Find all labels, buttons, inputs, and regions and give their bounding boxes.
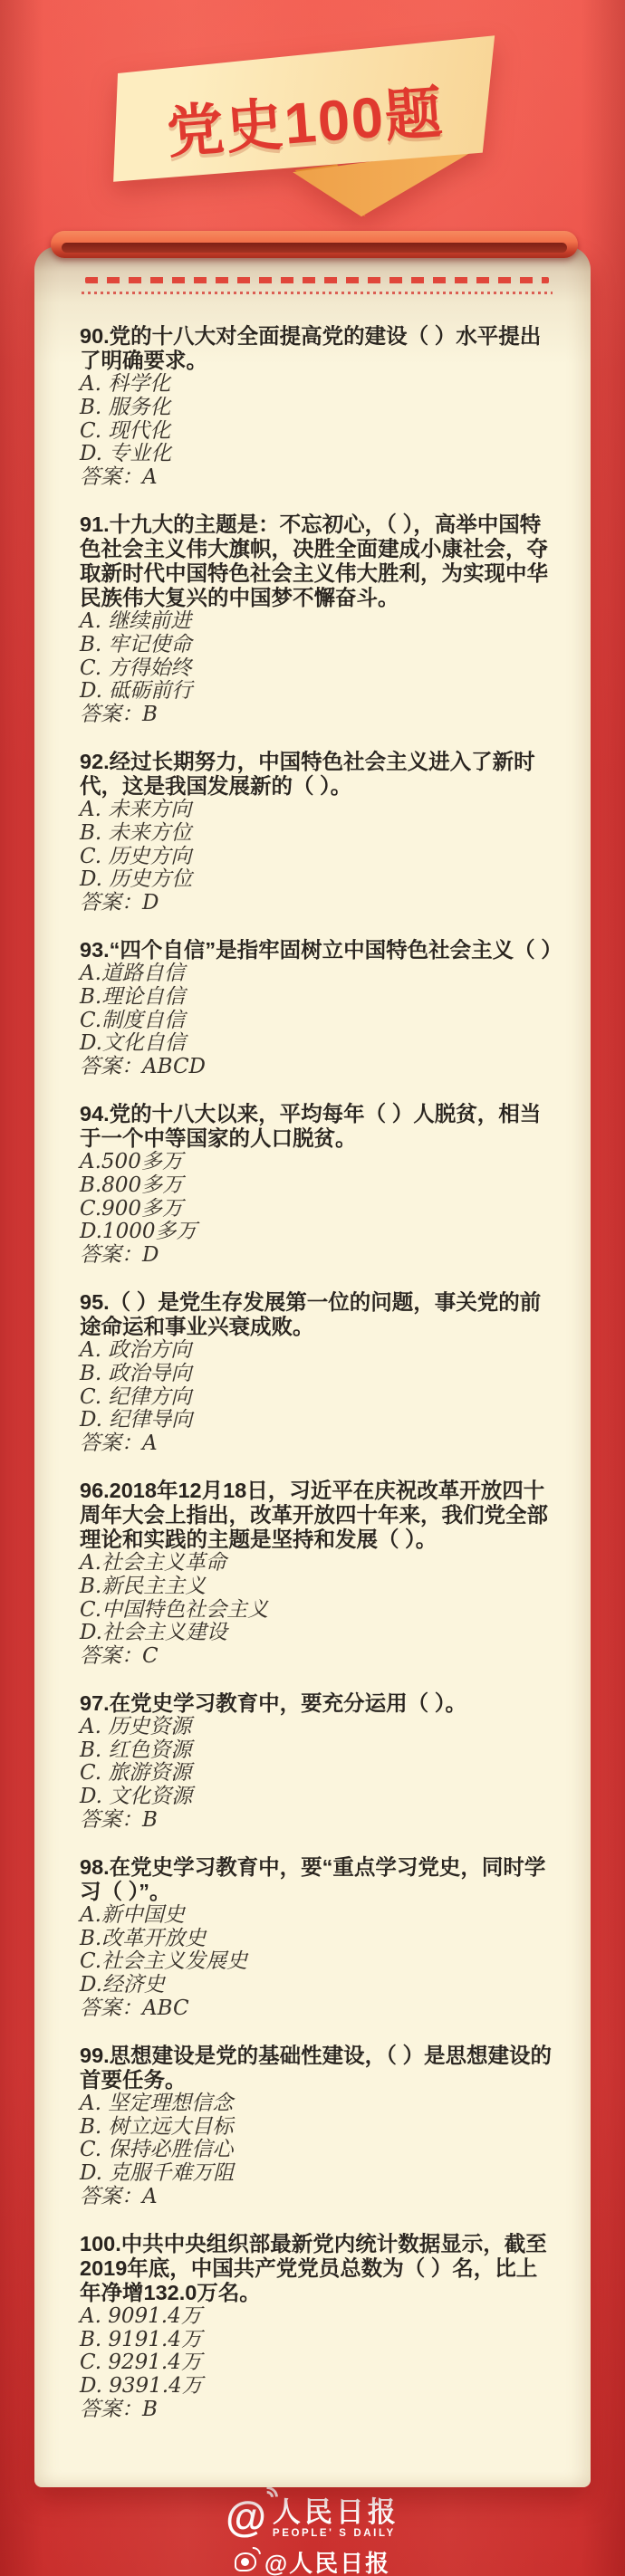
question-text: 96.2018年12月18日，习近平在庆祝改革开放四十周年大会上指出，改革开放四…: [80, 1479, 554, 1552]
option-line: D.文化自信: [80, 1032, 554, 1056]
dotted-separator: [82, 292, 553, 294]
option-group: A. 继续前进B. 牢记使命C. 方得始终D. 砥砺前行: [80, 610, 554, 704]
option-line: C. 9291.4万: [80, 2351, 554, 2375]
peoples-daily-logo: @ 人民日报 PEOPLE' S DAILY: [226, 2497, 399, 2539]
option-group: A.社会主义革命B.新民主主义C.中国特色社会主义D.社会主义建设: [80, 1552, 554, 1645]
answer-label: 答案：: [80, 1432, 142, 1455]
question-text: 91.十九大的主题是：不忘初心，（ ），高举中国特色社会主义伟大旗帜，决胜全面建…: [80, 512, 554, 610]
option-line: D. 纪律导向: [80, 1409, 554, 1432]
option-line: C. 纪律方向: [80, 1386, 554, 1410]
option-group: A. 9091.4万B. 9191.4万C. 9291.4万D. 9391.4万: [80, 2305, 554, 2399]
option-line: B. 服务化: [80, 397, 554, 420]
option-line: A. 继续前进: [80, 610, 554, 634]
answer-value: D: [142, 1243, 159, 1267]
option-line: C.中国特色社会主义: [80, 1599, 554, 1623]
question-block: 96.2018年12月18日，习近平在庆祝改革开放四十周年大会上指出，改革开放四…: [80, 1479, 554, 1669]
question-block: 95.（ ）是党生存发展第一位的问题，事关党的前途命运和事业兴衰成败。 A. 政…: [80, 1290, 554, 1456]
option-group: A.新中国史B.改革开放史C.社会主义发展史D.经济史: [80, 1904, 554, 1997]
question-block: 93.“四个自信”是指牢固树立中国特色社会主义（ ） A.道路自信B.理论自信C…: [80, 938, 554, 1079]
answer-line: 答案：ABCD: [80, 1056, 554, 1079]
footer: @ 人民日报 PEOPLE' S DAILY @人民日报: [0, 2497, 625, 2576]
question-text: 100.中共中央组织部最新党内统计数据显示，截至2019年底，中国共产党党员总数…: [80, 2232, 554, 2305]
answer-value: A: [142, 1432, 158, 1455]
at-icon: @: [226, 2497, 266, 2535]
option-group: A. 科学化B. 服务化C. 现代化D. 专业化: [80, 373, 554, 466]
question-block: 92.经过长期努力，中国特色社会主义进入了新时代，这是我国发展新的（ ）。 A.…: [80, 750, 554, 915]
question-text: 98.在党史学习教育中，要“重点学习党史，同时学习（ ）”。: [80, 1855, 554, 1904]
answer-value: A: [142, 2185, 158, 2208]
question-text: 94.党的十八大以来，平均每年（ ）人脱贫，相当于一个中等国家的人口脱贫。: [80, 1102, 554, 1151]
option-group: A. 政治方向B. 政治导向C. 纪律方向D. 纪律导向: [80, 1339, 554, 1432]
question-list: 90.党的十八大对全面提高党的建设（ ）水平提出了明确要求。 A. 科学化B. …: [80, 324, 554, 2445]
option-line: B. 牢记使命: [80, 634, 554, 657]
answer-line: 答案：B: [80, 2399, 554, 2422]
answer-label: 答案：: [80, 465, 142, 489]
answer-label: 答案：: [80, 1997, 142, 2020]
scroll-roller: [51, 231, 578, 258]
answer-label: 答案：: [80, 2185, 142, 2208]
option-line: C.制度自信: [80, 1010, 554, 1033]
option-line: C. 保持必胜信心: [80, 2139, 554, 2162]
question-text: 97.在党史学习教育中，要充分运用（ ）。: [80, 1691, 554, 1716]
option-group: A. 未来方向B. 未来方位C. 历史方向D. 历史方位: [80, 799, 554, 892]
option-line: B.理论自信: [80, 986, 554, 1010]
option-line: C. 方得始终: [80, 657, 554, 681]
answer-line: 答案：A: [80, 1432, 554, 1456]
option-line: C. 历史方向: [80, 846, 554, 869]
option-line: D. 9391.4万: [80, 2375, 554, 2399]
option-line: A.道路自信: [80, 962, 554, 986]
answer-line: 答案：B: [80, 704, 554, 727]
option-line: A. 未来方向: [80, 799, 554, 822]
answer-line: 答案：D: [80, 892, 554, 915]
question-block: 99.思想建设是党的基础性建设，（ ）是思想建设的首要任务。 A. 坚定理想信念…: [80, 2044, 554, 2209]
option-group: A.500多万B.800多万C.900多万D.1000多万: [80, 1151, 554, 1244]
option-line: D. 历史方位: [80, 868, 554, 892]
option-line: D.经济史: [80, 1974, 554, 1997]
answer-value: ABC: [142, 1997, 189, 2020]
option-line: A. 科学化: [80, 373, 554, 397]
option-line: D. 克服千难万阻: [80, 2162, 554, 2186]
option-line: A. 政治方向: [80, 1339, 554, 1363]
option-line: B. 未来方位: [80, 822, 554, 846]
answer-line: 答案：B: [80, 1809, 554, 1833]
answer-label: 答案：: [80, 703, 142, 726]
question-block: 100.中共中央组织部最新党内统计数据显示，截至2019年底，中国共产党党员总数…: [80, 2232, 554, 2422]
answer-value: B: [142, 1808, 158, 1832]
question-block: 90.党的十八大对全面提高党的建设（ ）水平提出了明确要求。 A. 科学化B. …: [80, 324, 554, 490]
option-line: B. 9191.4万: [80, 2329, 554, 2352]
answer-value: B: [142, 703, 158, 726]
answer-value: D: [142, 891, 159, 915]
weibo-icon: [235, 2552, 256, 2571]
question-text: 90.党的十八大对全面提高党的建设（ ）水平提出了明确要求。: [80, 324, 554, 373]
answer-label: 答案：: [80, 1243, 142, 1267]
quiz-paper: 90.党的十八大对全面提高党的建设（ ）水平提出了明确要求。 A. 科学化B. …: [34, 246, 591, 2487]
option-group: A. 坚定理想信念B. 树立远大目标C. 保持必胜信心D. 克服千难万阻: [80, 2092, 554, 2186]
answer-value: C: [142, 1644, 159, 1668]
option-line: A.新中国史: [80, 1904, 554, 1928]
logo-subtext: PEOPLE' S DAILY: [273, 2528, 396, 2539]
option-line: D.社会主义建设: [80, 1622, 554, 1645]
answer-line: 答案：C: [80, 1645, 554, 1669]
answer-line: 答案：A: [80, 466, 554, 490]
answer-label: 答案：: [80, 891, 142, 915]
option-line: B. 红色资源: [80, 1739, 554, 1763]
weibo-handle: @人民日报: [264, 2545, 390, 2576]
option-group: A.道路自信B.理论自信C.制度自信D.文化自信: [80, 962, 554, 1056]
answer-label: 答案：: [80, 1644, 142, 1668]
option-line: B.新民主主义: [80, 1575, 554, 1599]
answer-line: 答案：D: [80, 1244, 554, 1268]
option-line: D. 专业化: [80, 443, 554, 466]
logo-text: 人民日报: [273, 2497, 399, 2527]
answer-label: 答案：: [80, 1055, 142, 1078]
question-text: 95.（ ）是党生存发展第一位的问题，事关党的前途命运和事业兴衰成败。: [80, 1290, 554, 1339]
answer-value: ABCD: [142, 1055, 206, 1078]
answer-line: 答案：A: [80, 2186, 554, 2209]
question-block: 97.在党史学习教育中，要充分运用（ ）。 A. 历史资源B. 红色资源C. 旅…: [80, 1691, 554, 1833]
option-line: A.社会主义革命: [80, 1552, 554, 1575]
option-line: D. 砥砺前行: [80, 680, 554, 704]
option-line: B. 树立远大目标: [80, 2116, 554, 2140]
question-block: 94.党的十八大以来，平均每年（ ）人脱贫，相当于一个中等国家的人口脱贫。 A.…: [80, 1102, 554, 1268]
option-line: A. 坚定理想信念: [80, 2092, 554, 2116]
answer-label: 答案：: [80, 2398, 142, 2421]
weibo-handle-row: @人民日报: [235, 2545, 390, 2576]
option-line: B.800多万: [80, 1174, 554, 1198]
option-line: D.1000多万: [80, 1221, 554, 1244]
answer-value: B: [142, 2398, 158, 2421]
option-line: C. 旅游资源: [80, 1762, 554, 1786]
option-line: A.500多万: [80, 1151, 554, 1174]
option-line: A. 9091.4万: [80, 2305, 554, 2329]
title-banner: 党史100题: [107, 33, 511, 226]
option-line: A. 历史资源: [80, 1716, 554, 1739]
question-block: 98.在党史学习教育中，要“重点学习党史，同时学习（ ）”。 A.新中国史B.改…: [80, 1855, 554, 2021]
option-line: C.社会主义发展史: [80, 1950, 554, 1974]
question-text: 99.思想建设是党的基础性建设，（ ）是思想建设的首要任务。: [80, 2044, 554, 2092]
question-text: 92.经过长期努力，中国特色社会主义进入了新时代，这是我国发展新的（ ）。: [80, 750, 554, 799]
dashed-separator: [85, 277, 549, 283]
answer-label: 答案：: [80, 1808, 142, 1832]
option-line: C.900多万: [80, 1198, 554, 1221]
option-group: A. 历史资源B. 红色资源C. 旅游资源D. 文化资源: [80, 1716, 554, 1809]
question-text: 93.“四个自信”是指牢固树立中国特色社会主义（ ）: [80, 938, 554, 962]
answer-line: 答案：ABC: [80, 1997, 554, 2021]
option-line: B.改革开放史: [80, 1928, 554, 1951]
question-block: 91.十九大的主题是：不忘初心，（ ），高举中国特色社会主义伟大旗帜，决胜全面建…: [80, 512, 554, 727]
answer-value: A: [142, 465, 158, 489]
option-line: B. 政治导向: [80, 1363, 554, 1386]
option-line: C. 现代化: [80, 420, 554, 444]
option-line: D. 文化资源: [80, 1786, 554, 1809]
